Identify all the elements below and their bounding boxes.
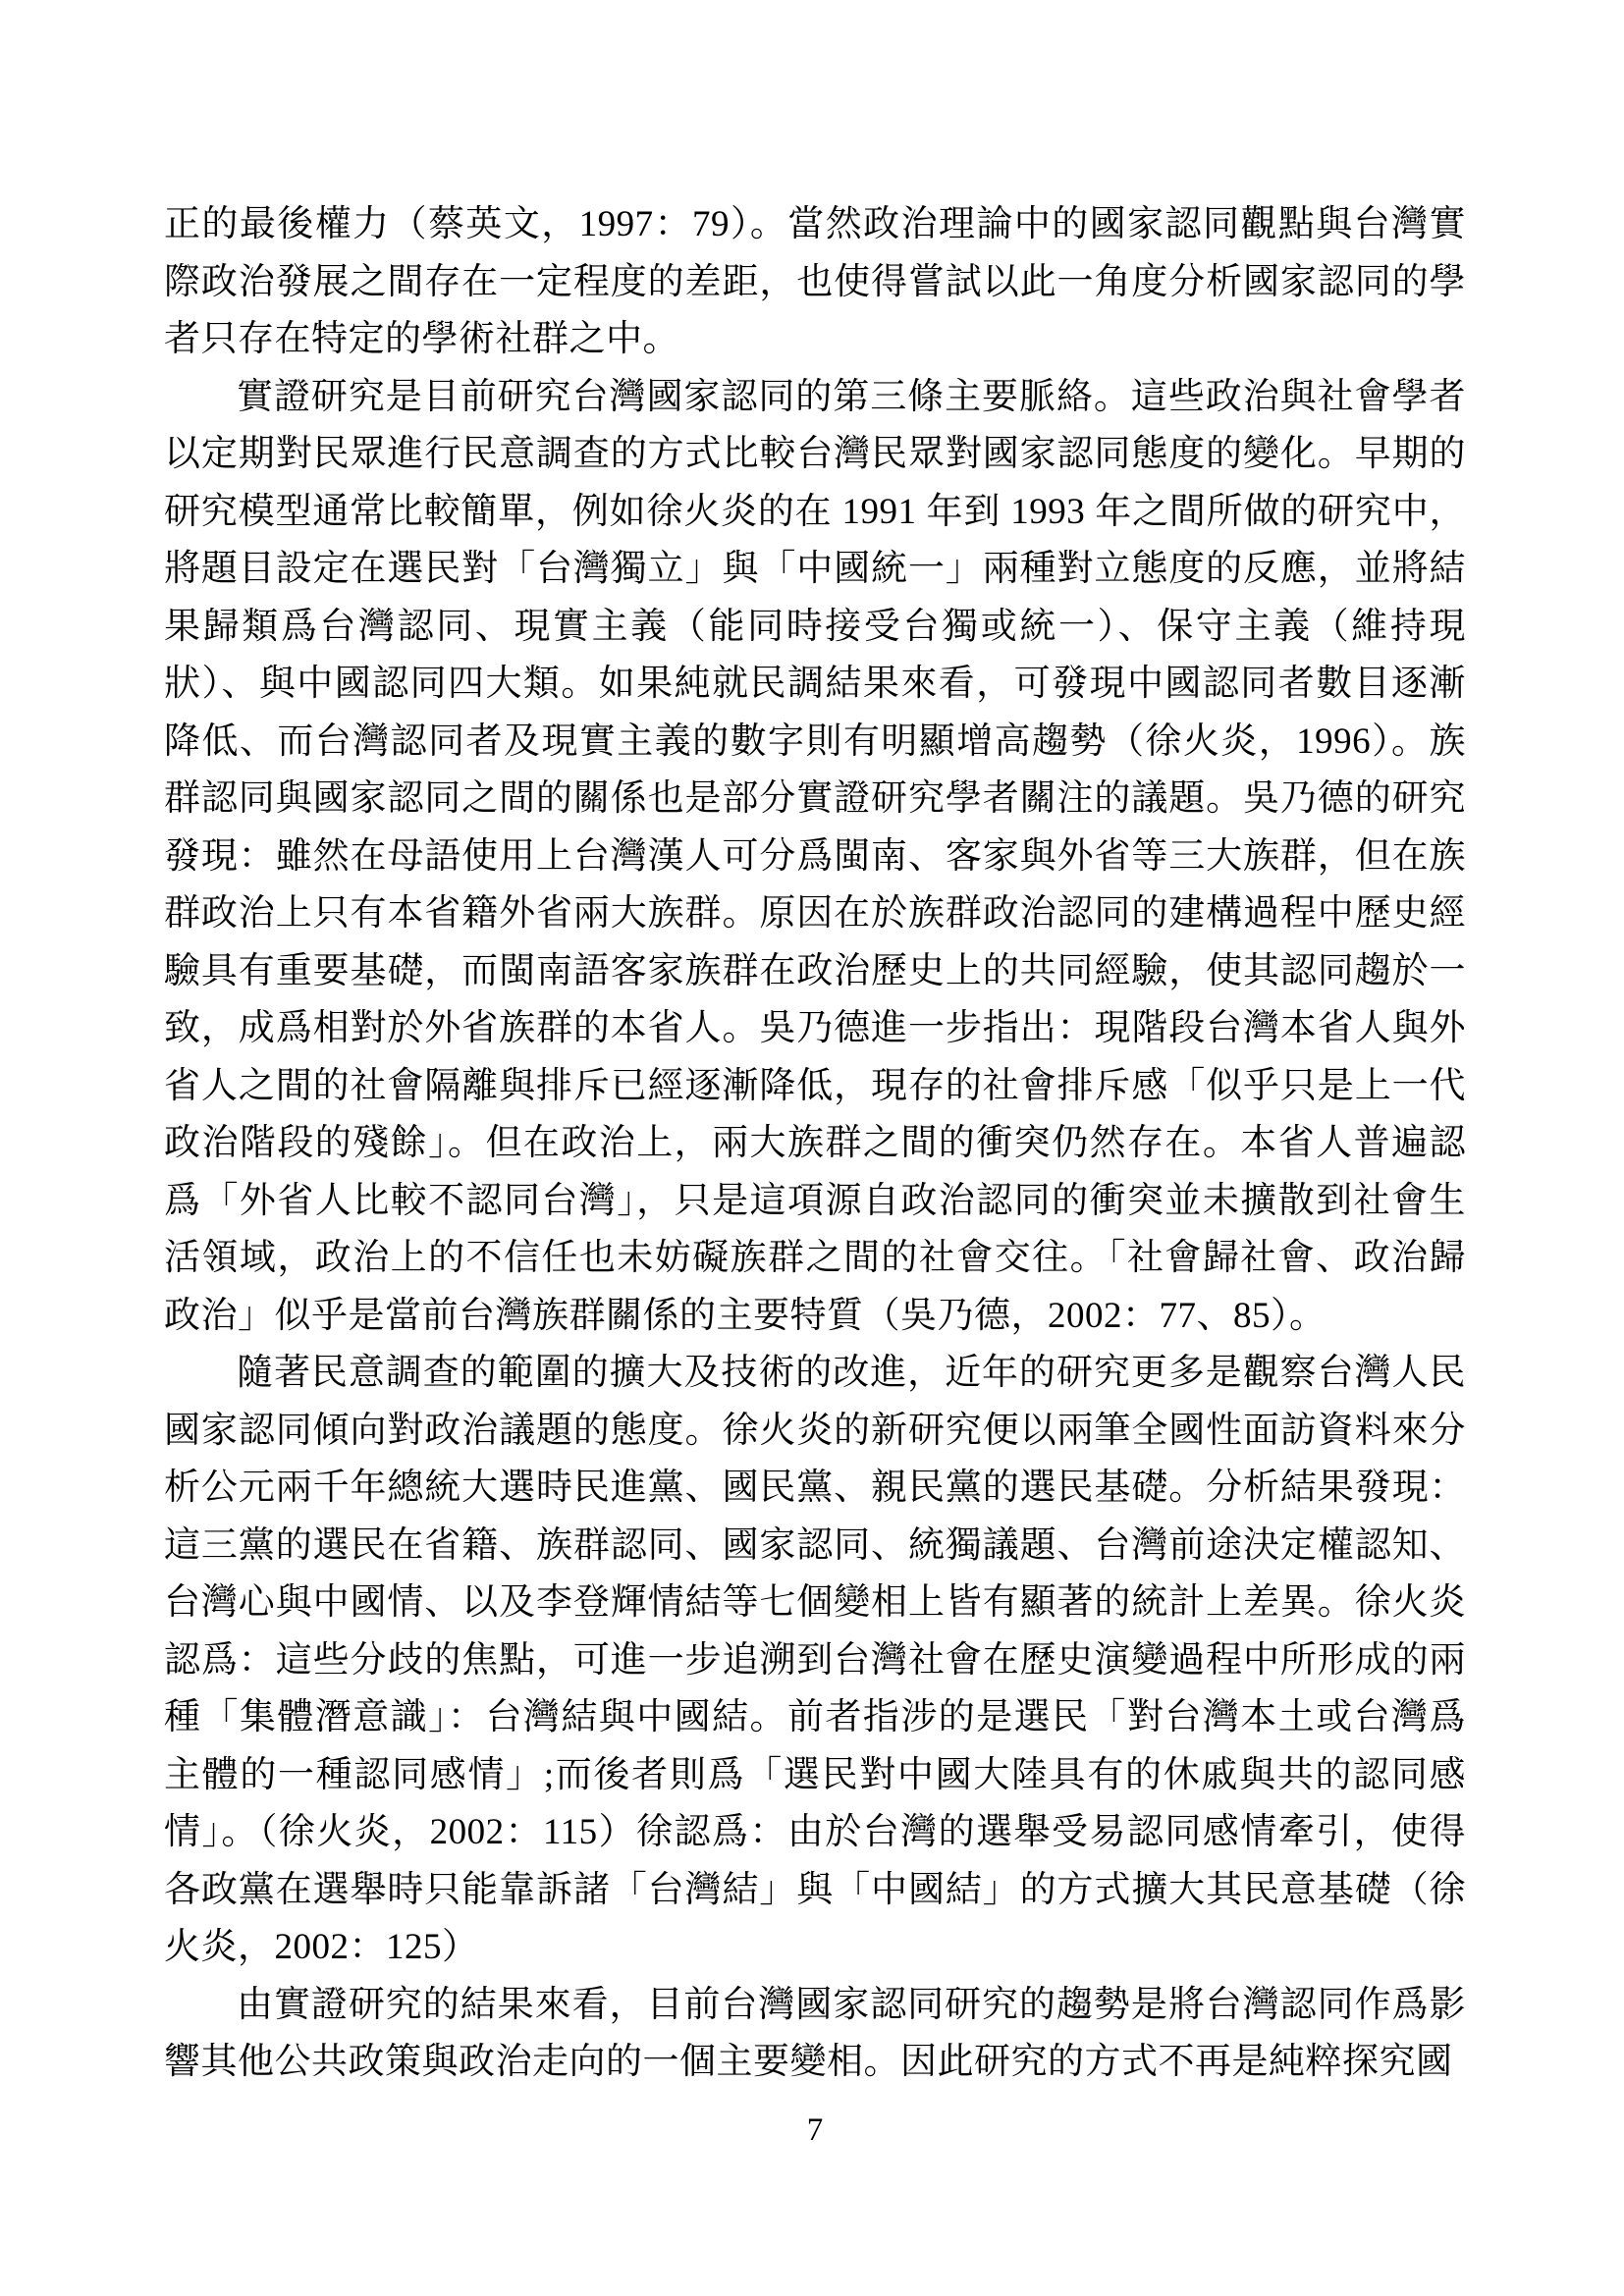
paragraph: 正的最後權力（蔡英文，1997：79）。當然政治理論中的國家認同觀點與台灣實際政…	[164, 196, 1466, 369]
body-text: 正的最後權力（蔡英文，1997：79）。當然政治理論中的國家認同觀點與台灣實際政…	[164, 196, 1466, 2092]
page-number: 7	[164, 2110, 1466, 2150]
paragraph: 由實證研究的結果來看，目前台灣國家認同研究的趨勢是將台灣認同作爲影響其他公共政策…	[164, 1977, 1466, 2092]
paragraph: 實證研究是目前研究台灣國家認同的第三條主要脈絡。這些政治與社會學者以定期對民眾進…	[164, 369, 1466, 1346]
document-page: 正的最後權力（蔡英文，1997：79）。當然政治理論中的國家認同觀點與台灣實際政…	[0, 0, 1624, 2296]
paragraph: 隨著民意調查的範圍的擴大及技術的改進，近年的研究更多是觀察台灣人民國家認同傾向對…	[164, 1345, 1466, 1977]
